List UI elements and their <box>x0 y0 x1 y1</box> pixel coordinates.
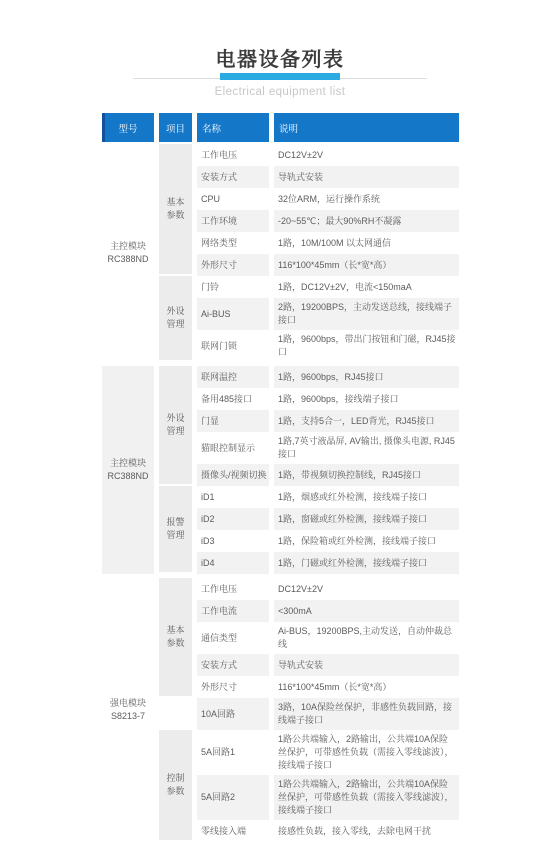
row-name-cell: iD1 <box>197 486 269 508</box>
item-group-cell: 报警管理 <box>159 486 192 574</box>
model-line: 强电模块 <box>110 697 146 710</box>
row-desc-cell: <300mA <box>274 600 459 622</box>
row-name-cell: 备用485接口 <box>197 388 269 410</box>
row-desc-cell: 导轨式安装 <box>274 166 459 188</box>
item-group-cell: 基本参数 <box>159 578 192 698</box>
row-desc-cell: DC12V±2V <box>274 578 459 600</box>
spec-table: 型号 项目 名称 说明 主控模块RC388ND基本参数外设管理工作电压DC12V… <box>102 113 459 842</box>
table-header-row: 型号 项目 名称 说明 <box>102 113 459 142</box>
model-line: S8213-7 <box>111 710 145 723</box>
page-subtitle: Electrical equipment list <box>0 86 560 98</box>
model-line: 主控模块 <box>110 457 146 470</box>
row-name-cell: 工作电压 <box>197 144 269 166</box>
row-desc-cell: 1路，10M/100M 以太网通信 <box>274 232 459 254</box>
model-cell: 强电模块S8213-7 <box>102 578 154 842</box>
row-name-cell: 外形尺寸 <box>197 254 269 276</box>
row-name-cell: 5A回路2 <box>197 775 269 820</box>
model-cell: 主控模块RC388ND <box>102 144 154 362</box>
row-name-cell: iD4 <box>197 552 269 574</box>
row-name-cell: 10A回路 <box>197 698 269 730</box>
row-desc-cell: 1路，门磁或红外检测，接线端子接口 <box>274 552 459 574</box>
item-group-cell: 外设管理 <box>159 276 192 362</box>
row-desc-cell: 1路，保险箱或红外检测，接线端子接口 <box>274 530 459 552</box>
row-desc-cell: 1路，烟感或红外检测，接线端子接口 <box>274 486 459 508</box>
row-desc-cell: 1路,7英寸液晶屏, AV输出, 摄像头电源, RJ45接口 <box>274 432 459 464</box>
title-divider <box>133 71 427 79</box>
header-cell-model: 型号 <box>102 113 154 142</box>
row-name-cell: 门铃 <box>197 276 269 298</box>
row-name-cell: Ai-BUS <box>197 298 269 330</box>
row-name-cell: 通信类型 <box>197 622 269 654</box>
header-cell-desc: 说明 <box>274 113 459 142</box>
row-name-cell: 零线接入端 <box>197 820 269 842</box>
row-name-cell: 猫眼控制显示 <box>197 432 269 464</box>
page-title: 电器设备列表 <box>0 43 560 72</box>
row-desc-cell: 接感性负载，接入零线，去除电网干扰 <box>274 820 459 842</box>
row-desc-cell: 3路，10A保险丝保护，非感性负载回路，接线端子接口 <box>274 698 459 730</box>
row-desc-cell: 1路，窗磁或红外检测，接线端子接口 <box>274 508 459 530</box>
row-name-cell: 工作环境 <box>197 210 269 232</box>
row-desc-cell: 1路，带视频切换控制线，RJ45接口 <box>274 464 459 486</box>
row-desc-cell: 1路，DC12V±2V，电流<150maA <box>274 276 459 298</box>
row-desc-cell: 1路公共端输入，2路输出，公共端10A保险丝保护，可带感性负载（需接入零线滤波）… <box>274 730 459 775</box>
row-name-cell: iD3 <box>197 530 269 552</box>
row-desc-cell: Ai-BUS，19200BPS,主动发送，自动仲裁总线 <box>274 622 459 654</box>
row-desc-cell: 导轨式安装 <box>274 654 459 676</box>
row-name-cell: 安装方式 <box>197 654 269 676</box>
header-cell-item: 项目 <box>159 113 192 142</box>
row-name-cell: iD2 <box>197 508 269 530</box>
item-group-cell: 控制参数 <box>159 730 192 842</box>
row-desc-cell: 116*100*45mm（长*宽*高） <box>274 676 459 698</box>
row-name-cell: 门显 <box>197 410 269 432</box>
item-group-cell: 基本参数 <box>159 144 192 276</box>
item-group-cell: 外设管理 <box>159 366 192 486</box>
table-section: 主控模块RC388ND外设管理报警管理联网温控1路，9600bps，RJ45接口… <box>102 366 459 574</box>
row-desc-cell: 1路，9600bps，RJ45接口 <box>274 366 459 388</box>
row-name-cell: 联网温控 <box>197 366 269 388</box>
model-cell: 主控模块RC388ND <box>102 366 154 574</box>
row-desc-cell: DC12V±2V <box>274 144 459 166</box>
row-desc-cell: 1路，9600bps，接线端子接口 <box>274 388 459 410</box>
row-desc-cell: 116*100*45mm（长*宽*高） <box>274 254 459 276</box>
model-line: RC388ND <box>107 470 148 483</box>
row-name-cell: 外形尺寸 <box>197 676 269 698</box>
spec-table-body: 主控模块RC388ND基本参数外设管理工作电压DC12V±2V安装方式导轨式安装… <box>102 144 459 842</box>
row-desc-cell: 1路，支持5合一，LED背光，RJ45接口 <box>274 410 459 432</box>
model-line: RC388ND <box>107 253 148 266</box>
row-desc-cell: 2路，19200BPS，主动发送总线，接线端子接口 <box>274 298 459 330</box>
row-name-cell: 工作电压 <box>197 578 269 600</box>
row-name-cell: 联网门锁 <box>197 330 269 362</box>
row-name-cell: 5A回路1 <box>197 730 269 775</box>
row-name-cell: 网络类型 <box>197 232 269 254</box>
row-desc-cell: -20~55℃；最大90%RH不凝露 <box>274 210 459 232</box>
row-name-cell: 摄像头/视频切换 <box>197 464 269 486</box>
table-section: 强电模块S8213-7基本参数控制参数工作电压DC12V±2V工作电流<300m… <box>102 578 459 842</box>
row-name-cell: 工作电流 <box>197 600 269 622</box>
row-desc-cell: 1路公共端输入，2路输出，公共端10A保险丝保护，可带感性负载（需接入零线滤波）… <box>274 775 459 820</box>
row-name-cell: CPU <box>197 188 269 210</box>
page: 电器设备列表 Electrical equipment list 型号 项目 名… <box>0 0 560 842</box>
row-desc-cell: 32位ARM，运行操作系统 <box>274 188 459 210</box>
table-section: 主控模块RC388ND基本参数外设管理工作电压DC12V±2V安装方式导轨式安装… <box>102 144 459 362</box>
row-desc-cell: 1路，9600bps，带出门按钮和门磁，RJ45接口 <box>274 330 459 362</box>
header-cell-name: 名称 <box>197 113 269 142</box>
item-group-cell-empty <box>159 698 192 730</box>
title-accent-bar <box>220 73 340 80</box>
model-line: 主控模块 <box>110 240 146 253</box>
row-name-cell: 安装方式 <box>197 166 269 188</box>
